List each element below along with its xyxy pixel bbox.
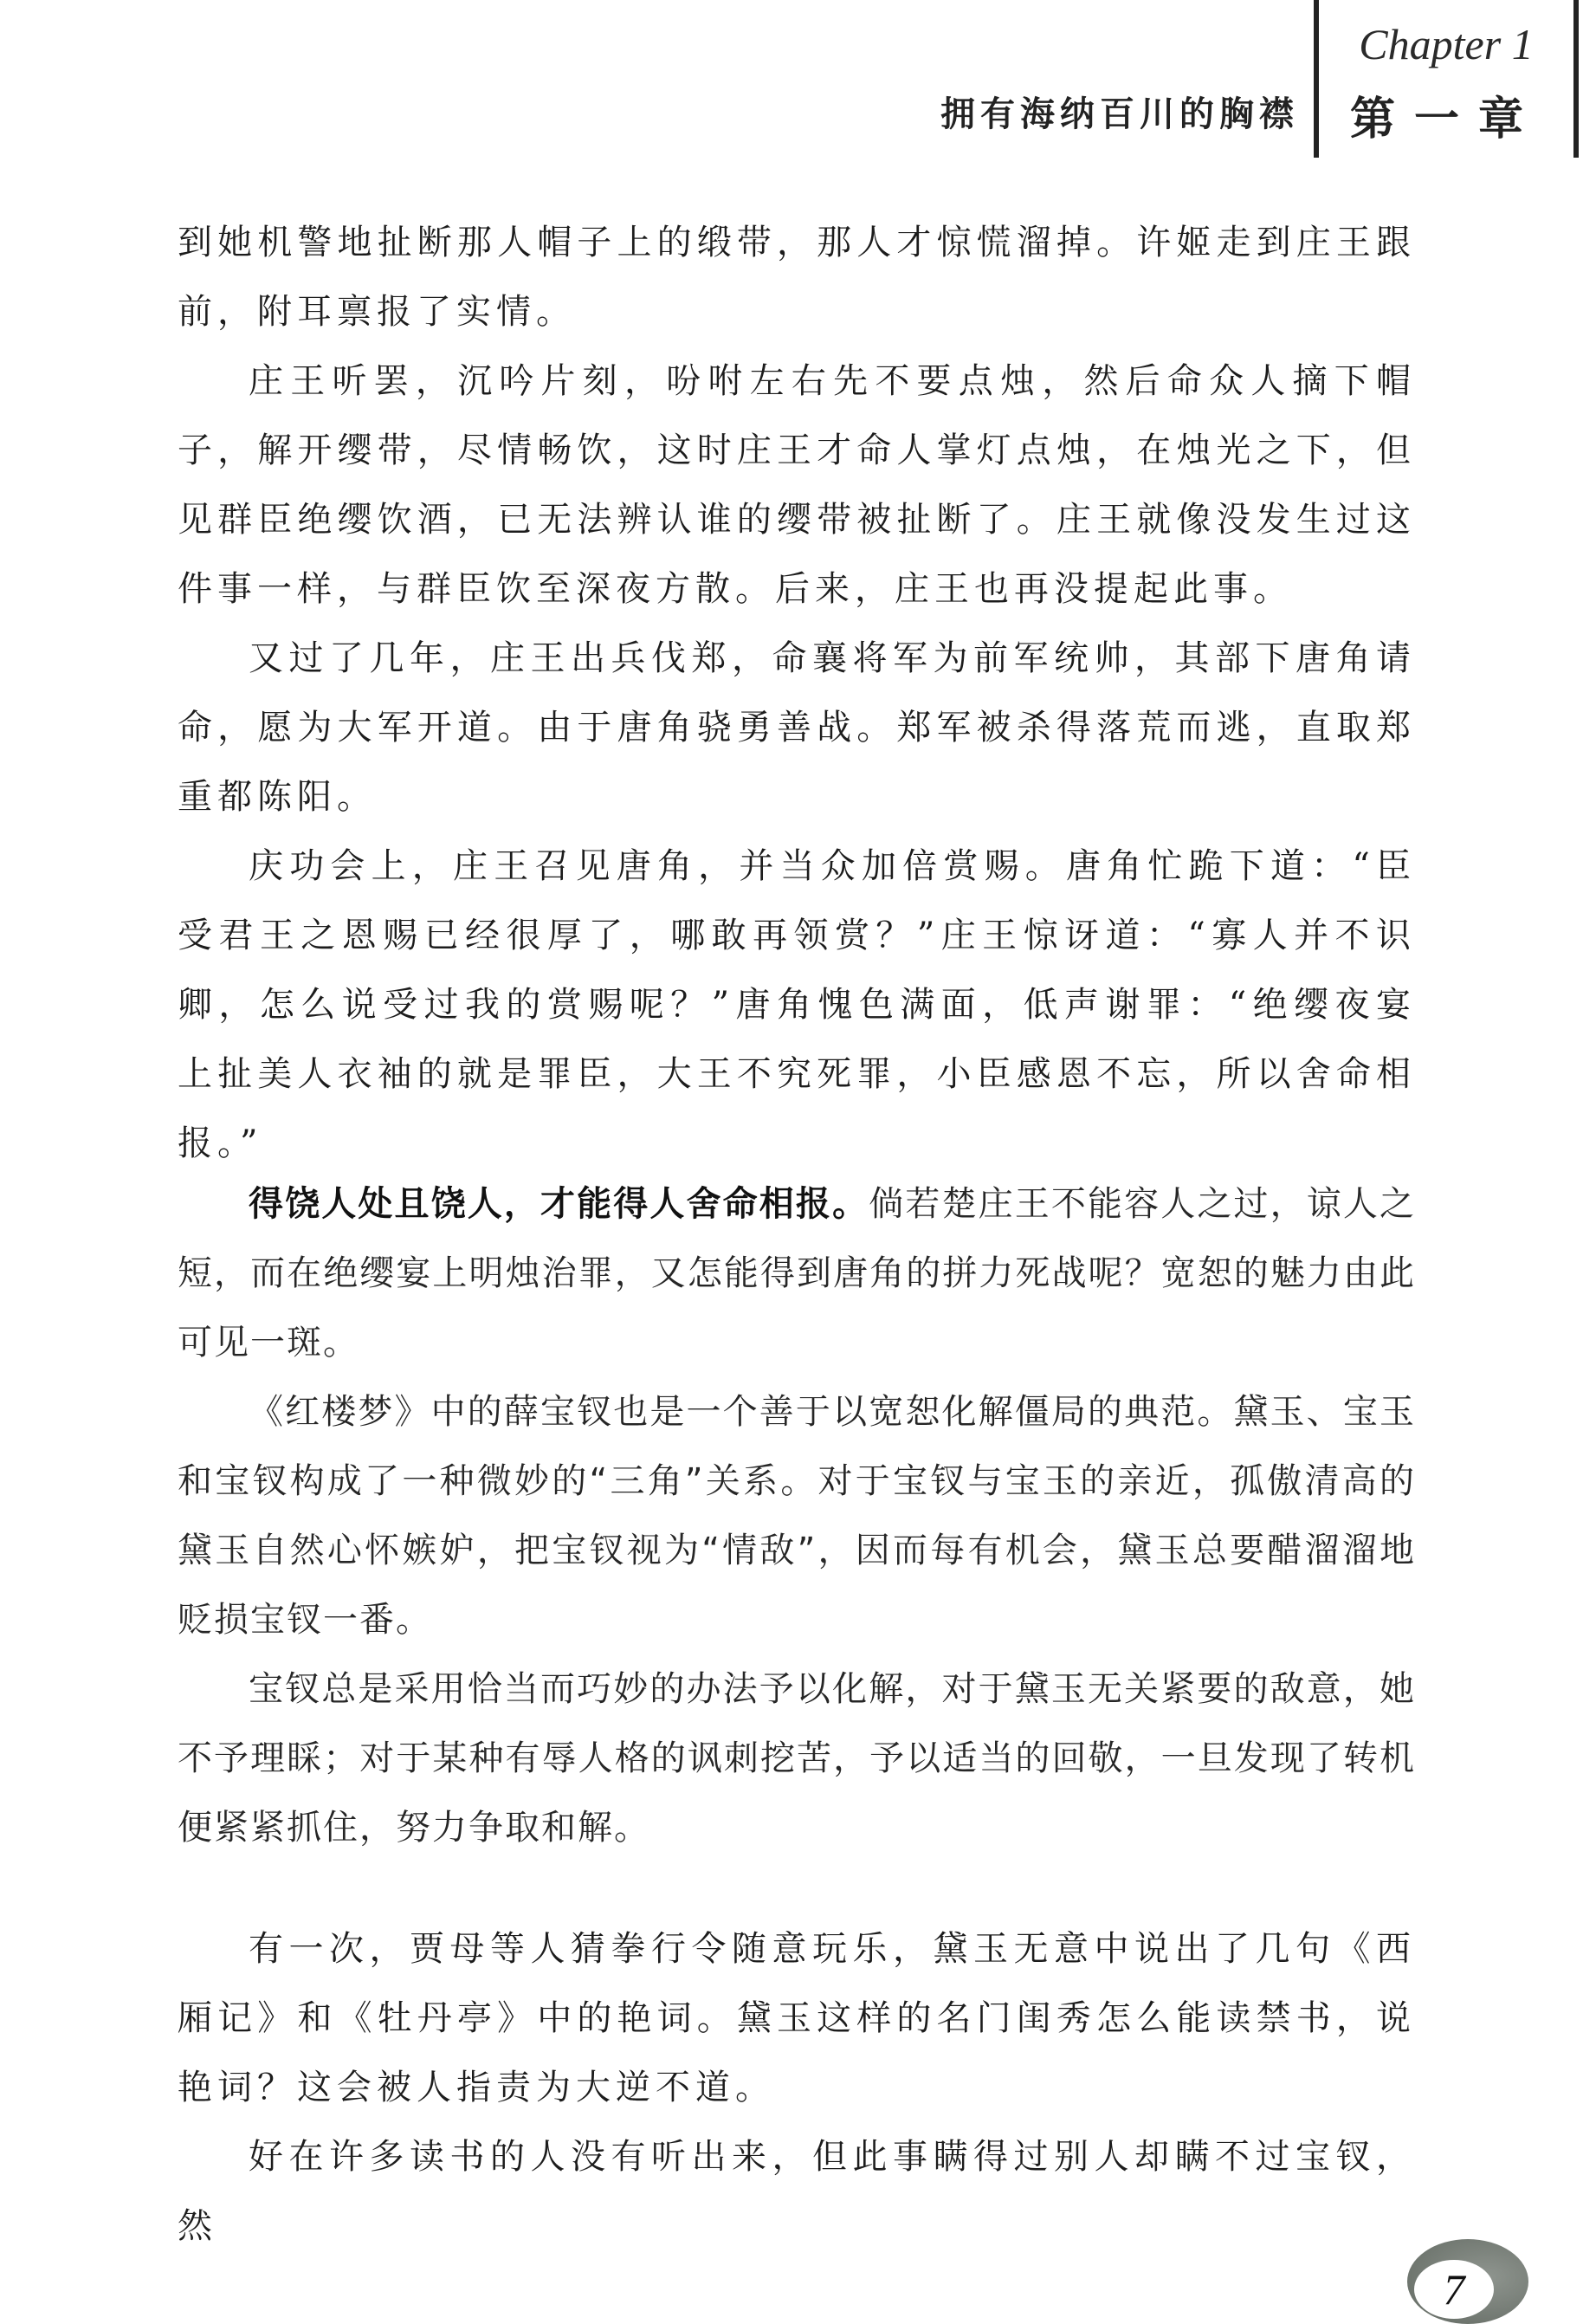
paragraph: 好在许多读书的人没有听出来，但此事瞒得过别人却瞒不过宝钗，然 <box>178 2122 1416 2261</box>
page-number-badge: 7 <box>1407 2239 1528 2324</box>
story-section-1: 到她机警地扯断那人帽子上的缎带，那人才惊慌溜掉。许姬走到庄王跟前，附耳禀报了实情… <box>178 208 1416 1178</box>
paragraph: 宝钗总是采用恰当而巧妙的办法予以化解，对于黛玉无关紧要的敌意，她不予理睬；对于某… <box>178 1654 1416 1862</box>
page-number-badge-inner: 7 <box>1414 2260 1494 2319</box>
chapter-label-zh: 第一章 <box>1334 82 1559 147</box>
paragraph: 到她机警地扯断那人帽子上的缎带，那人才惊慌溜掉。许姬走到庄王跟前，附耳禀报了实情… <box>178 208 1416 346</box>
paragraph: 《红楼梦》中的薛宝钗也是一个善于以宽恕化解僵局的典范。黛玉、宝玉和宝钗构成了一种… <box>178 1377 1416 1654</box>
story-section-2: 有一次，贾母等人猜拳行令随意玩乐，黛玉无意中说出了几句《西厢记》和《牡丹亭》中的… <box>178 1914 1416 2261</box>
paragraph: 有一次，贾母等人猜拳行令随意玩乐，黛玉无意中说出了几句《西厢记》和《牡丹亭》中的… <box>178 1914 1416 2122</box>
paragraph: 得饶人处且饶人，才能得人舍命相报。倘若楚庄王不能容人之过，谅人之短，而在绝缨宴上… <box>178 1169 1416 1377</box>
running-title: 拥有海纳百川的胸襟 <box>901 87 1299 136</box>
page-number: 7 <box>1444 2264 1465 2314</box>
paragraph: 又过了几年，庄王出兵伐郑，命襄将军为前军统帅，其部下唐角请命，愿为大军开道。由于… <box>178 624 1416 832</box>
commentary-section: 得饶人处且饶人，才能得人舍命相报。倘若楚庄王不能容人之过，谅人之短，而在绝缨宴上… <box>178 1169 1416 1862</box>
paragraph: 庆功会上，庄王召见唐角，并当众加倍赏赐。唐角忙跪下道：“臣受君王之恩赐已经很厚了… <box>178 832 1416 1178</box>
header-divider-right <box>1573 0 1579 158</box>
header-divider-left <box>1314 0 1319 158</box>
lead-sentence: 得饶人处且饶人，才能得人舍命相报。 <box>249 1184 869 1224</box>
chapter-label-en: Chapter 1 <box>1334 19 1559 69</box>
paragraph: 庄王听罢，沉吟片刻，吩咐左右先不要点烛，然后命众人摘下帽子，解开缨带，尽情畅饮，… <box>178 346 1416 624</box>
